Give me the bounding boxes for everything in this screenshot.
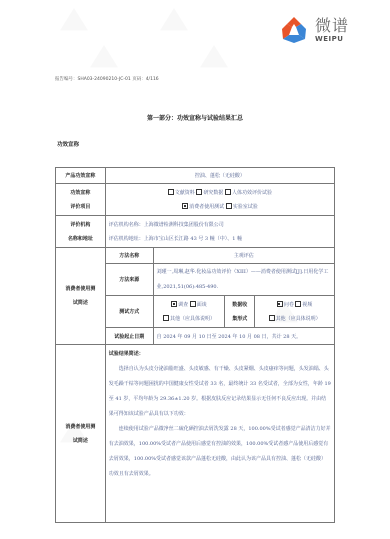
report-number: 报告编号：SHA03-24090210-JC-01 页码：4/116 xyxy=(55,76,159,82)
institution-name: 评估机构名称：上海微谱检测科技集团股份有限公司 xyxy=(109,218,331,232)
method-source-value: 刘瑾一,周琳,赵华.化妆品功效评价（XIII）——消费者使用测试[J].日用化学… xyxy=(153,264,334,296)
result-paragraph-1: 选择自认为头皮分泌油脂旺盛、头皮敏感、有干燥、头皮紧绷、头皮瘙痒等问题，头发油塌… xyxy=(109,362,331,422)
institution-label: 评价机构 名称和地址 xyxy=(56,216,106,248)
checkbox-collect-other[interactable] xyxy=(269,315,275,321)
test-dates-value: 自 2024 年 09 月 10 日至 2024 年 10 月 08 日，共计 … xyxy=(153,328,334,345)
efficacy-summary-table: 产品功效宣称 控油、蓬松（无硅酸） 功效宣称 评价项目 文献资料 研究数据 人体… xyxy=(55,167,335,523)
consumer-test-label: 消费者使用测 试简述 xyxy=(56,248,106,345)
section-title: 第一部分：功效宣称与试验结果汇总 xyxy=(0,113,390,122)
logo-en-text: WEIPU xyxy=(315,36,349,43)
institution-address: 评估机构地址：上海市宝山区长江路 43 号 3 幢（中）、1 幢 xyxy=(109,232,331,246)
result-heading: 试验结果简述： xyxy=(109,347,331,362)
evaluation-options-line1: 文献资料 研究数据 人体功效评价试验 xyxy=(109,186,331,200)
result-content: 试验结果简述： 选择自认为头皮分泌油脂旺盛、头皮敏感、有干燥、头皮紧绷、头皮瘙痒… xyxy=(105,345,334,523)
test-mode-label: 测试方式 xyxy=(105,296,153,328)
checkbox-test-mode-other[interactable] xyxy=(163,315,169,321)
table-row-product-claim: 产品功效宣称 控油、蓬松（无硅酸） xyxy=(56,168,335,184)
method-name-value: 主观评估 xyxy=(153,248,334,264)
institution-value: 评估机构名称：上海微谱检测科技集团股份有限公司 评估机构地址：上海市宝山区长江路… xyxy=(105,216,334,248)
weipu-logo-icon xyxy=(279,15,309,45)
product-claim-label: 产品功效宣称 xyxy=(56,168,106,184)
table-row-institution: 评价机构 名称和地址 评估机构名称：上海微谱检测科技集团股份有限公司 评估机构地… xyxy=(56,216,335,248)
checkbox-research-data[interactable] xyxy=(196,189,202,195)
logo-cn-text: 微谱 xyxy=(315,18,349,34)
method-source-label: 方法来源 xyxy=(105,264,153,296)
sub-title: 功效宣称 xyxy=(57,140,79,148)
checkbox-interview[interactable] xyxy=(190,301,196,307)
weipu-logo: 微谱 WEIPU xyxy=(279,12,369,48)
checkbox-video[interactable] xyxy=(295,301,301,307)
checkbox-questionnaire[interactable] xyxy=(277,301,283,307)
result-label: 消费者使用测 试简述 xyxy=(56,345,106,523)
method-name-label: 方法名称 xyxy=(105,248,153,264)
test-mode-options: 调查 面谈 其他（应具体说明） xyxy=(153,296,225,328)
evaluation-options-line2: 消费者使用测试 实验室试验 xyxy=(109,200,331,214)
checkbox-lab-test[interactable] xyxy=(226,203,232,209)
evaluation-item-options: 文献资料 研究数据 人体功效评价试验 消费者使用测试 实验室试验 xyxy=(105,184,334,216)
checkbox-consumer-test[interactable] xyxy=(182,203,188,209)
product-claim-value: 控油、蓬松（无硅酸） xyxy=(105,168,334,184)
data-collection-label: 数据收 集形式 xyxy=(225,296,255,328)
result-paragraph-2: 连续使用试验产品微净丝二硫化硒控油去屑洗发露 28 天，100.00%受试者感觉… xyxy=(109,422,331,482)
test-dates-label: 试验起止日期 xyxy=(105,328,153,345)
table-row-result: 消费者使用测 试简述 试验结果简述： 选择自认为头皮分泌油脂旺盛、头皮敏感、有干… xyxy=(56,345,335,523)
checkbox-human-efficacy[interactable] xyxy=(225,189,231,195)
table-row-method-name: 消费者使用测 试简述 方法名称 主观评估 xyxy=(56,248,335,264)
checkbox-literature[interactable] xyxy=(168,189,174,195)
checkbox-survey[interactable] xyxy=(171,301,177,307)
table-row-evaluation-item: 功效宣称 评价项目 文献资料 研究数据 人体功效评价试验 消费者使用测试 实验室… xyxy=(56,184,335,216)
evaluation-item-label: 功效宣称 评价项目 xyxy=(56,184,106,216)
data-collection-options: 问卷 视频 其他（应具体说明） xyxy=(255,296,335,328)
